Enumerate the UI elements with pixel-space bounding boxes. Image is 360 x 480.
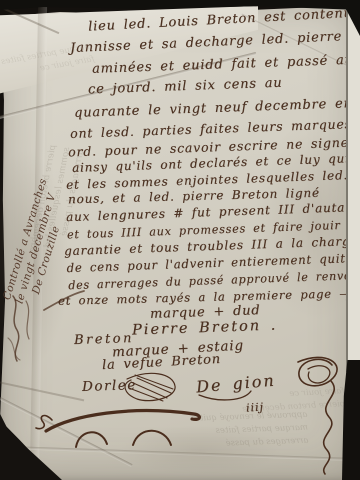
manuscript-scan: pierre breton decembre sommes lesquelles… [0,0,360,480]
signature: Dorlee [82,377,137,395]
roman-numeral: iiij [246,400,265,414]
